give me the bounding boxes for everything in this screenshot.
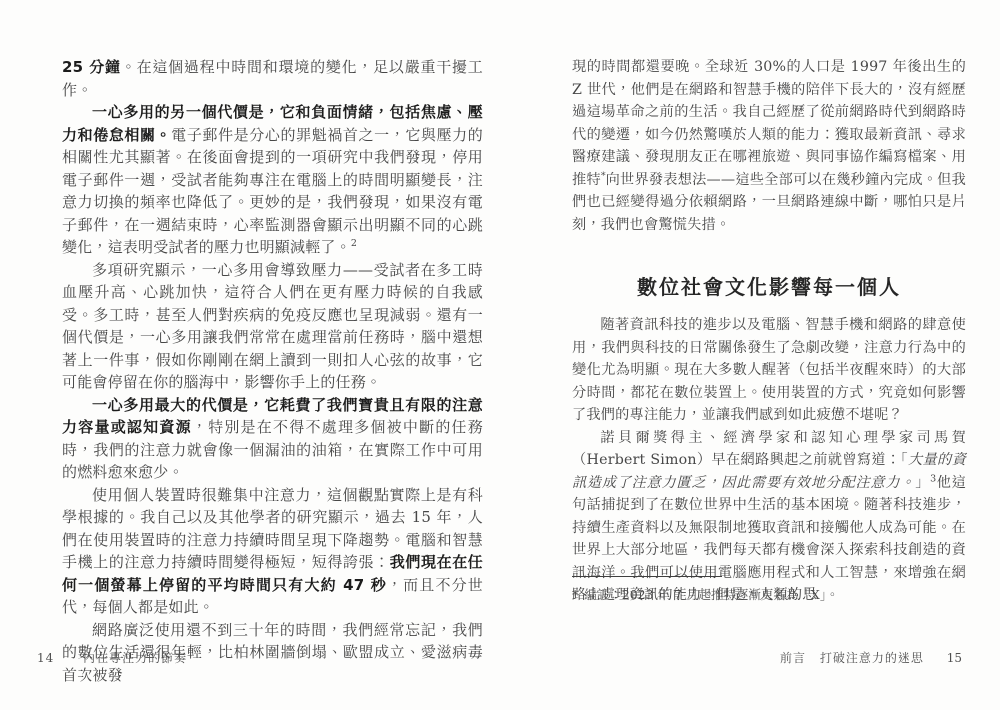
right-page-paragraphs-bottom: 隨著資訊科技的進步以及電腦、智慧手機和網路的肆意使用，我們與科技的日常關係發生了… xyxy=(572,314,966,607)
running-head-section-label: 前言 xyxy=(780,651,806,665)
right-page-footer: 前言 打破注意力的迷思 15 xyxy=(780,649,962,666)
paragraph: 現的時間都還要晚。全球近 30%的人口是 1997 年後出生的 Z 世代，他們是… xyxy=(572,56,966,236)
text-segment: 25 分鐘 xyxy=(62,58,121,76)
footnote-divider xyxy=(572,576,722,577)
left-page-footer: 14 內在專注力的節奏 xyxy=(37,649,187,666)
note-reference-marker: 2 xyxy=(351,238,357,249)
text-segment: 諾貝爾獎得主、經濟學家和認知心理學家司馬賀（Herbert Simon）早在網路… xyxy=(572,430,966,469)
text-segment: 隨著資訊科技的進步以及電腦、智慧手機和網路的肆意使用，我們與科技的日常關係發生了… xyxy=(572,317,966,423)
text-segment: 」 xyxy=(915,475,930,491)
running-head-chapter-title: 打破注意力的迷思 xyxy=(820,651,924,665)
paragraph: 25 分鐘。在這個過程中時間和環境的變化，足以嚴重干擾工作。 xyxy=(62,56,483,101)
paragraph: 隨著資訊科技的進步以及電腦、智慧手機和網路的肆意使用，我們與科技的日常關係發生了… xyxy=(572,314,966,427)
text-segment: 現的時間都還要晚。全球近 30%的人口是 1997 年後出生的 Z 世代，他們是… xyxy=(572,59,966,188)
right-page-text-column: 現的時間都還要晚。全球近 30%的人口是 1997 年後出生的 Z 世代，他們是… xyxy=(572,56,966,607)
left-page-text-column: 25 分鐘。在這個過程中時間和環境的變化，足以嚴重干擾工作。一心多用的另一個代價… xyxy=(62,56,483,686)
paragraph: 一心多用最大的代價是，它耗費了我們寶貴且有限的注意力容量或認知資源，特別是在不得… xyxy=(62,394,483,484)
footnote: *編註：2023 年 7 月起推特逐漸更名為「X」。 xyxy=(572,586,966,604)
text-segment: 多項研究顯示，一心多用會導致壓力——受試者在多工時血壓升高、心跳加快，這符合人們… xyxy=(62,261,483,392)
paragraph: 多項研究顯示，一心多用會導致壓力——受試者在多工時血壓升高、心跳加快，這符合人們… xyxy=(62,259,483,394)
footnote-block: *編註：2023 年 7 月起推特逐漸更名為「X」。 xyxy=(572,576,966,604)
paragraph: 使用個人裝置時很難集中注意力，這個觀點實際上是有科學根據的。我自己以及其他學者的… xyxy=(62,484,483,619)
text-segment: 向世界發表想法——這些全部可以在幾秒鐘內完成。但我們也已經變得過分依賴網路，一旦… xyxy=(572,172,966,233)
footnote-marker: * xyxy=(572,587,578,602)
right-page-number: 15 xyxy=(947,651,962,665)
text-segment: 。在這個過程中時間和環境的變化，足以嚴重干擾工作。 xyxy=(62,58,483,99)
section-heading: 數位社會文化影響每一個人 xyxy=(572,272,966,302)
right-page-paragraphs-top: 現的時間都還要晚。全球近 30%的人口是 1997 年後出生的 Z 世代，他們是… xyxy=(572,56,966,236)
book-spread: 25 分鐘。在這個過程中時間和環境的變化，足以嚴重干擾工作。一心多用的另一個代價… xyxy=(0,0,1000,710)
text-segment: 電子郵件是分心的罪魁禍首之一，它與壓力的相關性尤其顯著。在後面會提到的一項研究中… xyxy=(62,126,483,257)
paragraph: 一心多用的另一個代價是，它和負面情緒，包括焦慮、壓力和倦怠相關。電子郵件是分心的… xyxy=(62,101,483,259)
left-page-number: 14 xyxy=(37,651,54,665)
footnote-text: 編註：2023 年 7 月起推特逐漸更名為「X」。 xyxy=(584,587,838,602)
running-head-book-title: 內在專注力的節奏 xyxy=(83,651,187,665)
